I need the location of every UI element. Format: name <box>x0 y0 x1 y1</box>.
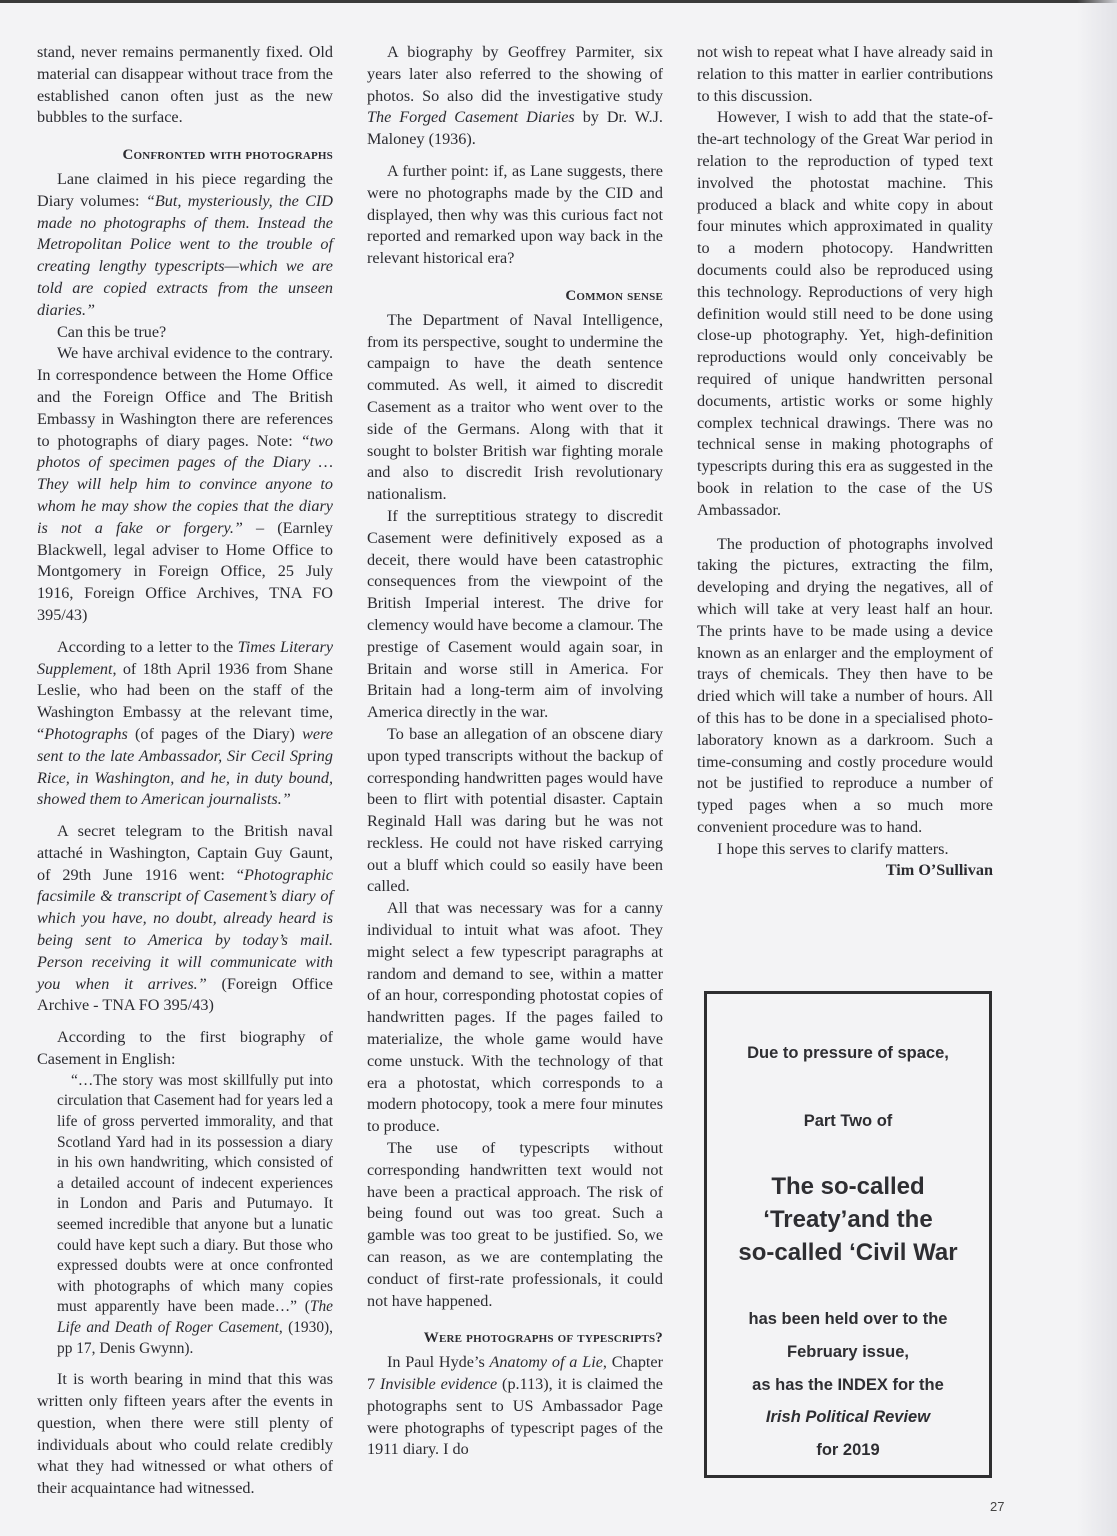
text: According to a letter to the <box>57 638 238 656</box>
paragraph: Lane claimed in his piece regarding the … <box>37 169 333 322</box>
notice-box: Due to pressure of space, Part Two of Th… <box>704 991 992 1478</box>
book-title: Anatomy of a Lie <box>490 1353 603 1371</box>
text: We have archival evidence to the contrar… <box>37 344 333 449</box>
block-quote: “…The story was most skillfully put into… <box>57 1071 333 1359</box>
paragraph: We have archival evidence to the contrar… <box>37 343 333 626</box>
paragraph: In Paul Hyde’s Anatomy of a Lie, Chapter… <box>367 1352 663 1461</box>
text: A biography by Geoffrey Parmiter, six ye… <box>367 43 663 105</box>
column-3: not wish to repeat what I have already s… <box>697 42 993 882</box>
paragraph: It is worth bearing in mind that this wa… <box>37 1369 333 1500</box>
notice-line: has been held over to the <box>707 1310 989 1329</box>
paragraph: According to the first biography of Case… <box>37 1027 333 1071</box>
page-gutter-shadow <box>1077 0 1117 1536</box>
paragraph: However, I wish to add that the state-of… <box>697 107 993 521</box>
paragraph: The production of photographs involved t… <box>697 534 993 839</box>
book-title: The Forged Casement Diaries <box>367 108 575 126</box>
paragraph: The use of typescripts without correspon… <box>367 1138 663 1312</box>
section-heading-typescripts: Were photographs of typescripts? <box>367 1328 663 1350</box>
notice-title-line: so-called ‘Civil War <box>707 1236 989 1269</box>
chapter-title: Invisible evidence <box>380 1375 497 1393</box>
publication-name: Irish Political Review <box>707 1408 989 1427</box>
paragraph: A secret telegram to the British naval a… <box>37 821 333 1017</box>
notice-title: The so-called ‘Treaty’and the so-called … <box>707 1170 989 1269</box>
paragraph: All that was necessary was for a canny i… <box>367 898 663 1138</box>
notice-line: Part Two of <box>707 1112 989 1131</box>
section-heading-common-sense: Common sense <box>367 286 663 308</box>
notice-line: February issue, <box>707 1343 989 1362</box>
notice-line: as has the INDEX for the <box>707 1376 989 1395</box>
page-top-edge <box>0 0 1117 3</box>
notice-line: Due to pressure of space, <box>707 1044 989 1063</box>
column-1: stand, never remains permanently fixed. … <box>37 42 333 1510</box>
paragraph: A biography by Geoffrey Parmiter, six ye… <box>367 42 663 151</box>
paragraph: If the surreptitious strategy to discred… <box>367 506 663 724</box>
quote-text: “But, mysteriously, the CID made no phot… <box>37 192 333 319</box>
author-signature: Tim O’Sullivan <box>697 860 993 882</box>
notice-title-line: The so-called <box>707 1170 989 1203</box>
paragraph: Can this be true? <box>37 322 333 344</box>
section-heading-confronted: Confronted with photographs <box>37 145 333 167</box>
paragraph: not wish to repeat what I have already s… <box>697 42 993 107</box>
paragraph: stand, never remains permanently fixed. … <box>37 42 333 129</box>
text: “…The story was most skillfully put into… <box>57 1072 333 1316</box>
quote-text: Photographic facsimile & transcript of C… <box>37 866 333 993</box>
notice-line: for 2019 <box>707 1441 989 1460</box>
column-2: A biography by Geoffrey Parmiter, six ye… <box>367 42 663 1471</box>
paragraph: According to a letter to the Times Liter… <box>37 637 333 811</box>
paragraph: A further point: if, as Lane suggests, t… <box>367 161 663 270</box>
paragraph: I hope this serves to clarify matters. <box>697 839 993 861</box>
paragraph: To base an allegation of an obscene diar… <box>367 724 663 898</box>
text: In Paul Hyde’s <box>387 1353 490 1371</box>
page-number: 27 <box>990 1499 1004 1514</box>
quote-paragraph: “…The story was most skillfully put into… <box>57 1071 333 1359</box>
notice-title-line: ‘Treaty’and the <box>707 1203 989 1236</box>
quote-text: Photographs <box>44 725 128 743</box>
text: (of pages of the Diary) <box>128 725 302 743</box>
paragraph: The Department of Naval Intelligence, fr… <box>367 310 663 506</box>
